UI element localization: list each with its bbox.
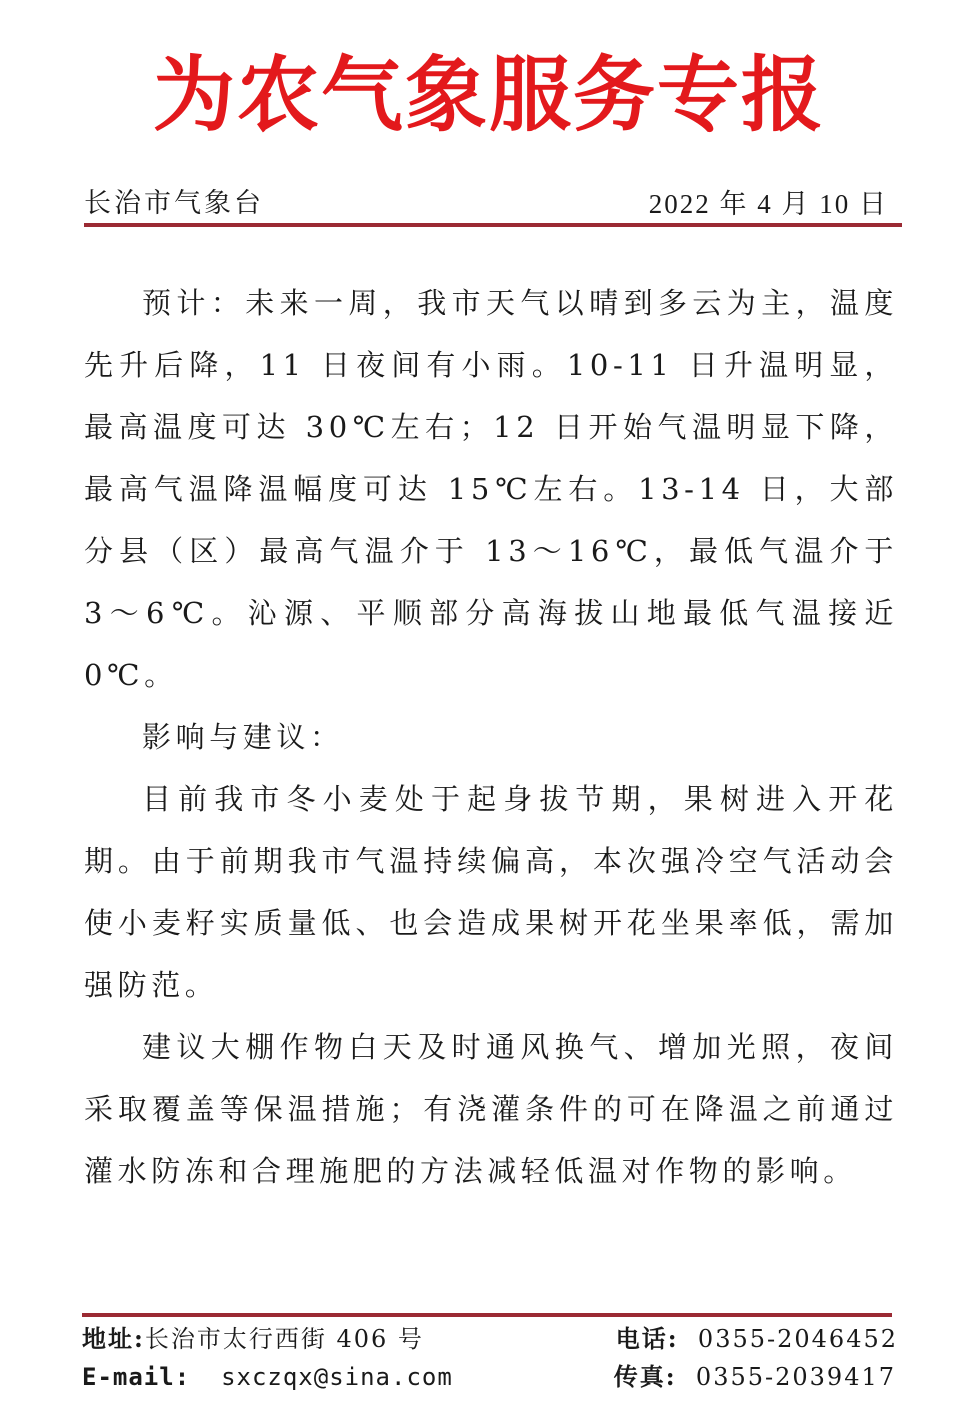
- report-title: 为农气象服务专报: [0, 40, 978, 150]
- footer-email: E-mail: sxczqx@sina.com: [82, 1358, 453, 1396]
- recommendation-paragraph: 建议大棚作物白天及时通风换气、增加光照，夜间采取覆盖等保温措施；有浇灌条件的可在…: [84, 1016, 898, 1202]
- phone-label: 电话:: [616, 1324, 679, 1353]
- phone-value: 0355-2046452: [698, 1325, 898, 1353]
- footer-address: 地址:长治市太行西街 406 号: [82, 1320, 424, 1358]
- forecast-paragraph: 预计：未来一周，我市天气以晴到多云为主，温度先升后降，11 日夜间有小雨。10-…: [84, 272, 898, 706]
- fax-value: 0355-2039417: [696, 1363, 896, 1391]
- footer-fax: 传真: 0355-2039417: [614, 1358, 896, 1396]
- header-divider: [84, 223, 902, 227]
- crop-status-paragraph: 目前我市冬小麦处于起身拔节期，果树进入开花期。由于前期我市气温持续偏高，本次强冷…: [84, 768, 898, 1016]
- report-body: 预计：未来一周，我市天气以晴到多云为主，温度先升后降，11 日夜间有小雨。10-…: [84, 272, 898, 1202]
- email-label: E-mail:: [82, 1363, 190, 1391]
- impact-heading: 影响与建议：: [84, 706, 898, 768]
- issue-date: 2022 年 4 月 10 日: [649, 186, 888, 222]
- footer-phone: 电话: 0355-2046452: [616, 1320, 898, 1358]
- footer-divider: [82, 1313, 892, 1317]
- email-value[interactable]: sxczqx@sina.com: [221, 1363, 453, 1391]
- address-label: 地址:: [82, 1324, 145, 1353]
- address-value: 长治市太行西街 406 号: [145, 1325, 424, 1353]
- issuer-name: 长治市气象台: [84, 186, 264, 222]
- fax-label: 传真:: [614, 1362, 677, 1391]
